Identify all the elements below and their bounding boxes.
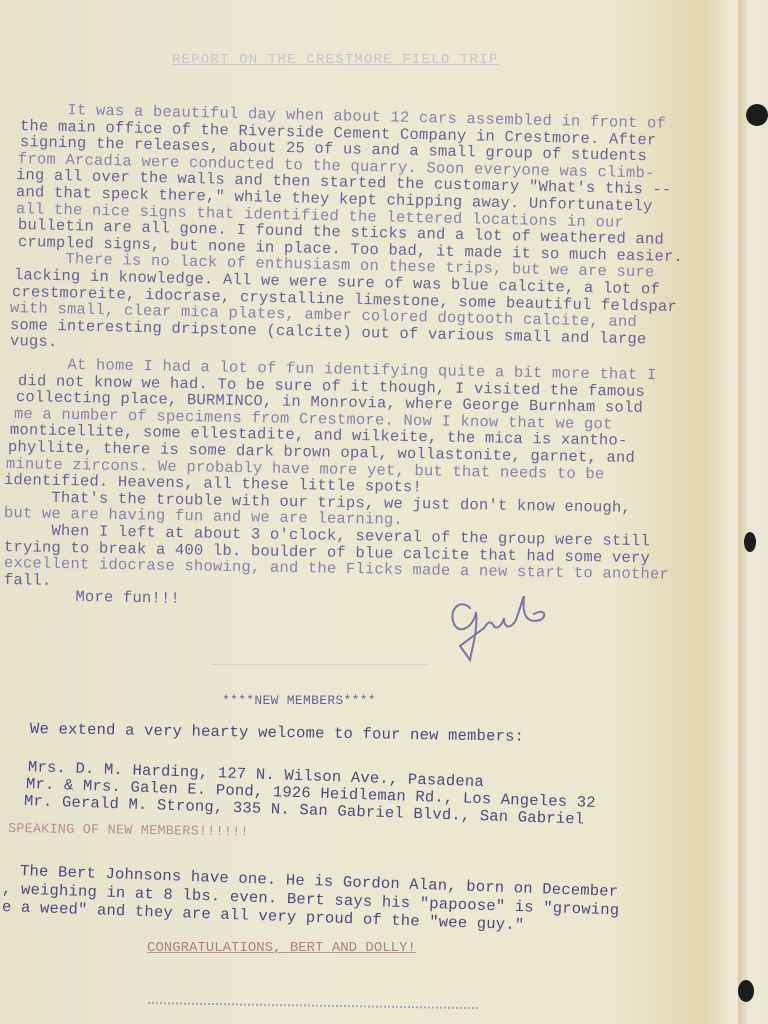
report-line: vugs. bbox=[10, 332, 58, 351]
section-divider bbox=[212, 664, 428, 665]
typewritten-page: REPORT ON THE CRESTMORE FIELD TRIP It wa… bbox=[0, 0, 768, 1024]
new-members-heading: ****NEW MEMBERS**** bbox=[222, 693, 376, 708]
new-members-intro: We extend a very hearty welcome to four … bbox=[30, 720, 524, 746]
report-title: REPORT ON THE CRESTMORE FIELD TRIP bbox=[172, 52, 498, 68]
binder-hole-middle bbox=[744, 532, 756, 552]
speaking-heading: SPEAKING OF NEW MEMBERS!!!!!! bbox=[8, 822, 249, 840]
report-line: More fun!!! bbox=[28, 587, 180, 608]
bottom-divider bbox=[148, 1002, 478, 1009]
binder-hole-bottom bbox=[738, 980, 754, 1002]
binder-spine bbox=[738, 0, 768, 1024]
handwritten-signature bbox=[440, 590, 570, 670]
congratulations-line: CONGRATULATIONS, BERT AND DOLLY! bbox=[147, 940, 416, 956]
binder-hole-top bbox=[746, 104, 768, 126]
